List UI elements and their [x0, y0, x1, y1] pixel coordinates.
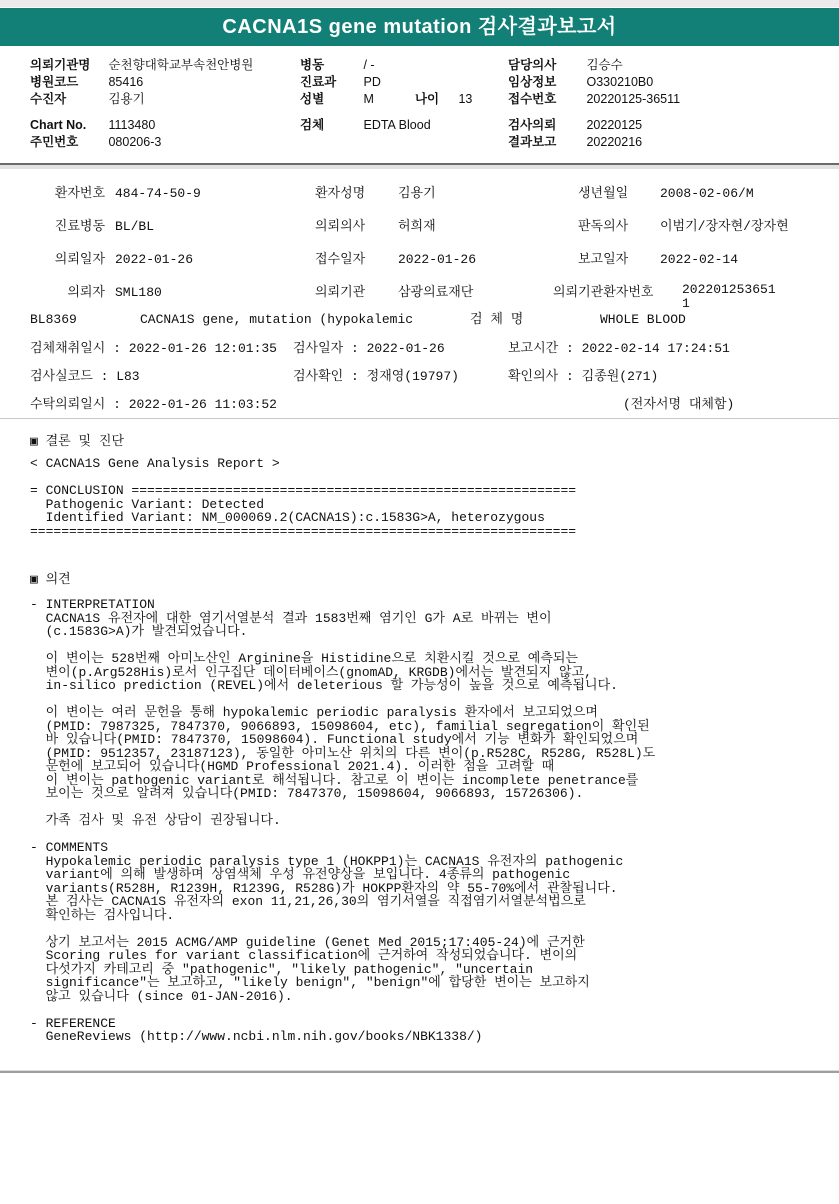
electronic-signature-note: (전자서명 대체함) [623, 397, 734, 413]
field-label: 접수번호 [508, 91, 583, 108]
field-confirm-doctor: 확인의사 : 김종원(271) [508, 369, 658, 385]
field-referral-datetime: 수탁의뢰일시 : 2022-01-26 11:03:52 [30, 397, 277, 413]
specimen-row: BL8369 CACNA1S gene, mutation (hypokalem… [0, 312, 839, 330]
field-label: 결과보고 [508, 134, 583, 151]
field-value: WHOLE BLOOD [600, 312, 686, 328]
field-label: 진료과 [300, 74, 360, 91]
field-value: 20220125 [586, 118, 642, 132]
top-strip [0, 0, 839, 7]
field-label: 임상정보 [508, 74, 583, 91]
field-value: 1113480 [108, 118, 155, 132]
field-value: 20220216 [586, 135, 642, 149]
field-value: SML180 [115, 285, 162, 301]
field-resident-no: 주민번호 080206-3 [30, 134, 253, 151]
field-label: 접수일자 [315, 252, 365, 268]
title-banner: CACNA1S gene mutation 검사결과보고서 [0, 8, 839, 46]
page-title: CACNA1S gene mutation 검사결과보고서 [222, 16, 616, 38]
field-value: 080206-3 [108, 135, 161, 149]
field-collected-datetime: 검체채취일시 : 2022-01-26 12:01:35 [30, 341, 277, 357]
field-value: 이범기/장자현/장자현 [660, 219, 789, 235]
field-clinical-info: 임상정보 O330210B0 [508, 74, 680, 91]
field-value: 20220125-36511 [586, 92, 680, 106]
field-label: 의뢰의사 [315, 219, 365, 235]
field-sex-age: 성별 M 나이 13 [300, 91, 472, 108]
field-value: 2022-01-26 [398, 252, 476, 268]
patient-row: 의뢰일자 2022-01-26 접수일자 2022-01-26 보고일자 202… [0, 252, 839, 269]
field-result-report-date: 결과보고 20220216 [508, 134, 680, 151]
order-info-middle-column: 병동 / - 진료과 PD 성별 M 나이 13 검체 EDTA Blood [300, 57, 472, 134]
patient-row: 진료병동 BL/BL 의뢰의사 허희재 판독의사 이범기/장자현/장자현 [0, 219, 839, 236]
field-value: 2022012536511 [682, 283, 778, 310]
field-specimen: 검체 EDTA Blood [300, 117, 472, 134]
specimen-code: BL8369 [30, 312, 77, 328]
field-label: 의뢰기관명 [30, 57, 105, 74]
field-verified-by: 검사확인 : 정재영(19797) [293, 369, 459, 385]
field-department: 진료과 PD [300, 74, 472, 91]
field-value: 2022-02-14 [660, 252, 738, 268]
field-label: 병동 [300, 57, 360, 74]
field-label: 의뢰일자 [25, 252, 105, 268]
field-label: 판독의사 [578, 219, 628, 235]
field-ward: 병동 / - [300, 57, 472, 74]
specimen-row: 수탁의뢰일시 : 2022-01-26 11:03:52 (전자서명 대체함) [0, 397, 839, 415]
patient-row: 환자번호 484-74-50-9 환자성명 김용기 생년월일 2008-02-0… [0, 186, 839, 203]
conclusion-section-title: ▣ 결론 및 진단 [30, 430, 124, 449]
field-value: PD [363, 75, 380, 89]
field-label: 검 체 명 [470, 312, 523, 328]
field-label: 수진자 [30, 91, 105, 108]
field-value: M [363, 91, 411, 108]
field-value: 김승수 [586, 58, 622, 72]
field-label: 검체 [300, 117, 360, 134]
field-label: 의뢰기관환자번호 [553, 285, 653, 301]
field-value: 13 [458, 92, 472, 106]
field-accession-no: 접수번호 20220125-36511 [508, 91, 680, 108]
field-value: 484-74-50-9 [115, 186, 201, 202]
opinion-section-title: ▣ 의견 [30, 568, 71, 587]
field-attending-doctor: 담당의사 김승수 [508, 57, 680, 74]
field-label: 병원코드 [30, 74, 105, 91]
field-value: EDTA Blood [363, 118, 430, 132]
field-value: 삼광의료재단 [398, 285, 473, 301]
field-label: 주민번호 [30, 134, 105, 151]
report-page: { "title": "CACNA1S gene mutation 검사결과보고… [0, 0, 839, 1204]
patient-row: 의뢰자 SML180 의뢰기관 삼광의료재단 의뢰기관환자번호 20220125… [0, 285, 839, 302]
field-test-request-date: 검사의뢰 20220125 [508, 117, 680, 134]
field-label: 환자성명 [315, 186, 365, 202]
order-info-right-column: 담당의사 김승수 임상정보 O330210B0 접수번호 20220125-36… [508, 57, 680, 151]
field-label: 진료병동 [25, 219, 105, 235]
bottom-divider [0, 1070, 839, 1073]
field-label: 환자번호 [25, 186, 105, 202]
test-name: CACNA1S gene, mutation (hypokalemic [140, 312, 413, 328]
field-value: 85416 [108, 75, 143, 89]
field-value: 허희재 [398, 219, 436, 235]
specimen-row: 검사실코드 : L83 검사확인 : 정재영(19797) 확인의사 : 김종원… [0, 369, 839, 387]
field-label: 나이 [415, 91, 455, 108]
field-label: 성별 [300, 91, 360, 108]
field-label: 의뢰자 [25, 285, 105, 301]
field-test-date: 검사일자 : 2022-01-26 [293, 341, 445, 357]
field-label: 검사의뢰 [508, 117, 583, 134]
field-chart-no: Chart No. 1113480 [30, 117, 253, 134]
field-label: Chart No. [30, 117, 105, 134]
field-label: 담당의사 [508, 57, 583, 74]
specimen-row: 검체채취일시 : 2022-01-26 12:01:35 검사일자 : 2022… [0, 341, 839, 359]
conclusion-body: < CACNA1S Gene Analysis Report > = CONCL… [30, 457, 576, 538]
field-value: 2022-01-26 [115, 252, 193, 268]
field-value: 2008-02-06/M [660, 186, 754, 202]
field-value: BL/BL [115, 219, 154, 235]
field-label: 생년월일 [578, 186, 628, 202]
field-label: 의뢰기관 [315, 285, 365, 301]
section-divider [0, 418, 839, 419]
field-value: O330210B0 [586, 75, 653, 89]
order-info-left-column: 의뢰기관명 순천향대학교부속천안병원 병원코드 85416 수진자 김용기 Ch… [30, 57, 253, 151]
field-value: 김용기 [398, 186, 436, 202]
field-report-time: 보고시간 : 2022-02-14 17:24:51 [508, 341, 730, 357]
field-label: 보고일자 [578, 252, 628, 268]
field-examinee: 수진자 김용기 [30, 91, 253, 108]
section-divider [0, 163, 839, 169]
opinion-body: - INTERPRETATION CACNA1S 유전자에 대한 염기서열분석 … [30, 598, 655, 1044]
field-ordering-hospital: 의뢰기관명 순천향대학교부속천안병원 [30, 57, 253, 74]
field-hospital-code: 병원코드 85416 [30, 74, 253, 91]
field-value: / - [363, 58, 374, 72]
field-lab-code: 검사실코드 : L83 [30, 369, 140, 385]
field-value: 김용기 [108, 92, 144, 106]
field-value: 순천향대학교부속천안병원 [108, 58, 253, 72]
